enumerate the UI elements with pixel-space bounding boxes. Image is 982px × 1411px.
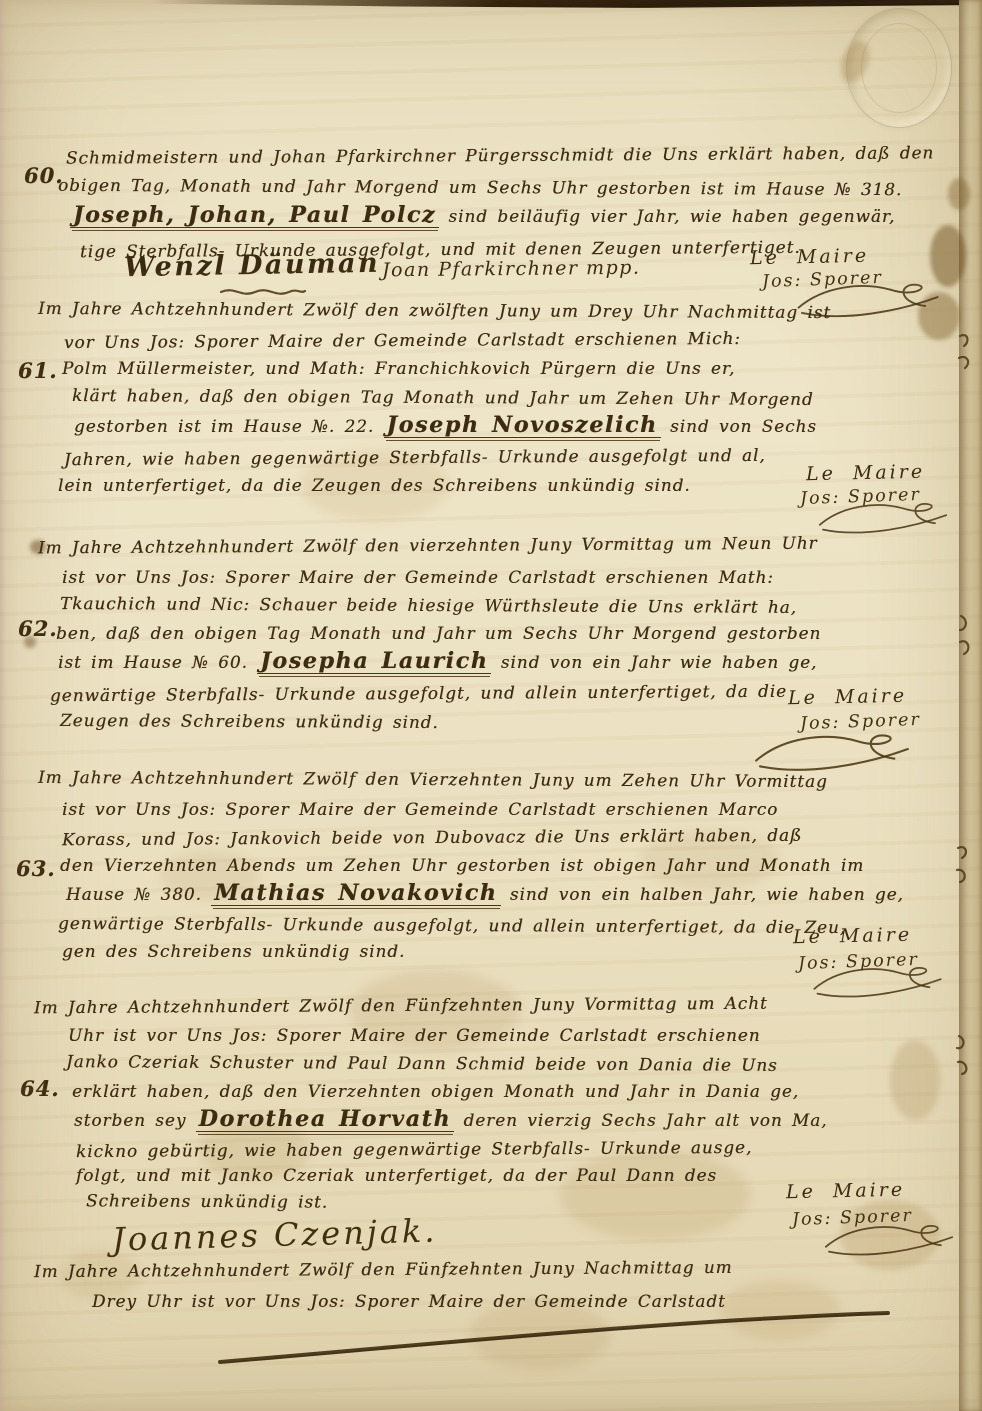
witness-signature: Joannes Czenjak. <box>112 1211 438 1258</box>
record-line: lein unterfertiget, da die Zeugen des Sc… <box>58 476 691 494</box>
line-text: sind von ein Jahr wie haben ge, <box>491 652 817 672</box>
official-title: Le Maire <box>788 685 908 709</box>
record-line: Im Jahre Achtzehnhundert Zwölf den Vierz… <box>38 768 828 791</box>
record-line: ist im Hause № 60. Josepha Laurich sind … <box>58 650 817 674</box>
edge-text-fragment <box>956 612 976 658</box>
record-line: Im Jahre Achtzehnhundert Zwölf den zwölf… <box>38 299 831 322</box>
stain <box>890 1040 940 1120</box>
stain <box>560 1150 750 1240</box>
record-line: Drey Uhr ist vor Uns Jos: Sporer Maire d… <box>92 1292 726 1310</box>
official-signature: Jos: Sporer <box>800 485 921 509</box>
signature-flourish <box>742 726 922 774</box>
record-line: Schmidmeistern und Johan Pfarkirchner Pü… <box>66 143 934 167</box>
ink-stain <box>918 292 960 340</box>
witness-signature: Wenzl Däuman <box>124 248 381 283</box>
ink-stain <box>948 178 970 210</box>
record-line: Korass, und Jos: Jankovich beide von Dub… <box>62 826 802 849</box>
record-line: Tkauchich und Nic: Schauer beide hiesige… <box>60 594 797 616</box>
book-top-edge <box>150 0 982 9</box>
record-line: obigen Tag, Monath und Jahr Morgend um S… <box>58 176 902 199</box>
line-text: ist im Hause № 60. <box>58 652 257 672</box>
record-line: ist vor Uns Jos: Sporer Maire der Gemein… <box>62 800 778 818</box>
underlined-name: Josepha Laurich <box>257 650 491 674</box>
edge-text-fragment <box>954 1030 974 1076</box>
underlined-name: Joseph, Johan, Paul Polcz <box>70 204 439 228</box>
record-line: Polm Müllermeister, und Math: Franchichk… <box>62 359 735 377</box>
stain <box>720 1280 840 1340</box>
line-text: sind von Sechs <box>661 416 817 436</box>
record-line: gen des Schreibens unkündig sind. <box>62 942 405 960</box>
official-title: Le Maire <box>806 461 926 485</box>
register-page: 60. Schmidmeistern und Johan Pfarkirchne… <box>0 0 982 1411</box>
record-line: Zeugen des Schreibens unkündig sind. <box>60 711 439 731</box>
official-signature: Jos: Sporer <box>792 1206 913 1230</box>
entry-number: 62. <box>18 616 58 641</box>
entry-number: 61. <box>18 358 58 383</box>
record-line: ben, daß den obigen Tag Monath und Jahr … <box>56 624 821 642</box>
record-line: kickno gebürtig, wie haben gegenwärtige … <box>76 1138 752 1161</box>
official-title: Le Maire <box>786 1179 906 1203</box>
record-line: storben sey Dorothea Horvath deren vierz… <box>74 1108 828 1132</box>
line-text: deren vierzig Sechs Jahr alt von Ma, <box>454 1110 827 1130</box>
record-line: folgt, und mit Janko Czeriak unterfertig… <box>76 1166 717 1184</box>
witness-signature: Joan Pfarkirchner mpp. <box>382 257 641 282</box>
line-text: sind beiläufig vier Jahr, wie haben gege… <box>439 206 895 226</box>
ink-stain <box>835 37 874 87</box>
photo-left-edge <box>0 0 6 1411</box>
underlined-name: Joseph Novoszelich <box>384 414 661 438</box>
embossed-seal <box>846 8 952 128</box>
line-text: Hause № 380. <box>66 884 211 904</box>
ink-stain <box>930 225 966 287</box>
pen-stroke <box>212 1308 902 1370</box>
record-line: vor Uns Jos: Sporer Maire der Gemeinde C… <box>64 329 741 352</box>
line-text: sind von ein halben Jahr, wie haben ge, <box>501 884 904 904</box>
line-text: storben sey <box>74 1110 196 1130</box>
signature-flourish <box>216 284 308 300</box>
record-line: genwärtige Sterbfalls- Urkunde ausgefolg… <box>58 914 846 937</box>
edge-text-fragment <box>954 840 974 886</box>
edge-text-fragment <box>956 330 976 376</box>
entry-number: 64. <box>20 1076 60 1101</box>
official-title: Le Maire <box>793 924 913 948</box>
line-text: gestorben ist im Hause №. 22. <box>74 416 384 436</box>
next-page-edge <box>959 0 982 1411</box>
record-line: klärt haben, daß den obigen Tag Monath u… <box>72 386 814 408</box>
entry-number: 63. <box>16 856 56 881</box>
underlined-name: Mathias Novakovich <box>211 882 500 906</box>
record-line: Im Jahre Achtzehnhundert Zwölf den Fünfz… <box>34 994 768 1017</box>
record-line: Joseph, Johan, Paul Polcz sind beiläufig… <box>70 204 895 228</box>
official-signature: Jos: Sporer <box>762 268 883 292</box>
record-line: genwärtige Sterbfalls- Urkunde ausgefolg… <box>50 682 787 705</box>
official-signature: Jos: Sporer <box>798 950 919 974</box>
record-line: Uhr ist vor Uns Jos: Sporer Maire der Ge… <box>68 1026 761 1044</box>
record-line: Jahren, wie haben gegenwärtige Sterbfall… <box>64 446 766 469</box>
record-line: gestorben ist im Hause №. 22. Joseph Nov… <box>74 414 817 438</box>
record-line: Janko Czeriak Schuster und Paul Dann Sch… <box>66 1052 778 1074</box>
record-line: erklärt haben, daß den Vierzehnten obige… <box>72 1082 799 1100</box>
record-line: ist vor Uns Jos: Sporer Maire der Gemein… <box>62 568 774 586</box>
record-line: Hause № 380. Mathias Novakovich sind von… <box>66 882 904 906</box>
record-line: Schreibens unkündig ist. <box>86 1191 328 1211</box>
record-line: Im Jahre Achtzehnhundert Zwölf den vierz… <box>38 534 818 557</box>
underlined-name: Dorothea Horvath <box>196 1108 455 1132</box>
record-line: Im Jahre Achtzehnhundert Zwölf den Fünfz… <box>34 1258 733 1281</box>
record-line: den Vierzehnten Abends um Zehen Uhr gest… <box>60 856 864 874</box>
official-title: Le Maire <box>750 245 870 269</box>
official-signature: Jos: Sporer <box>800 710 921 734</box>
